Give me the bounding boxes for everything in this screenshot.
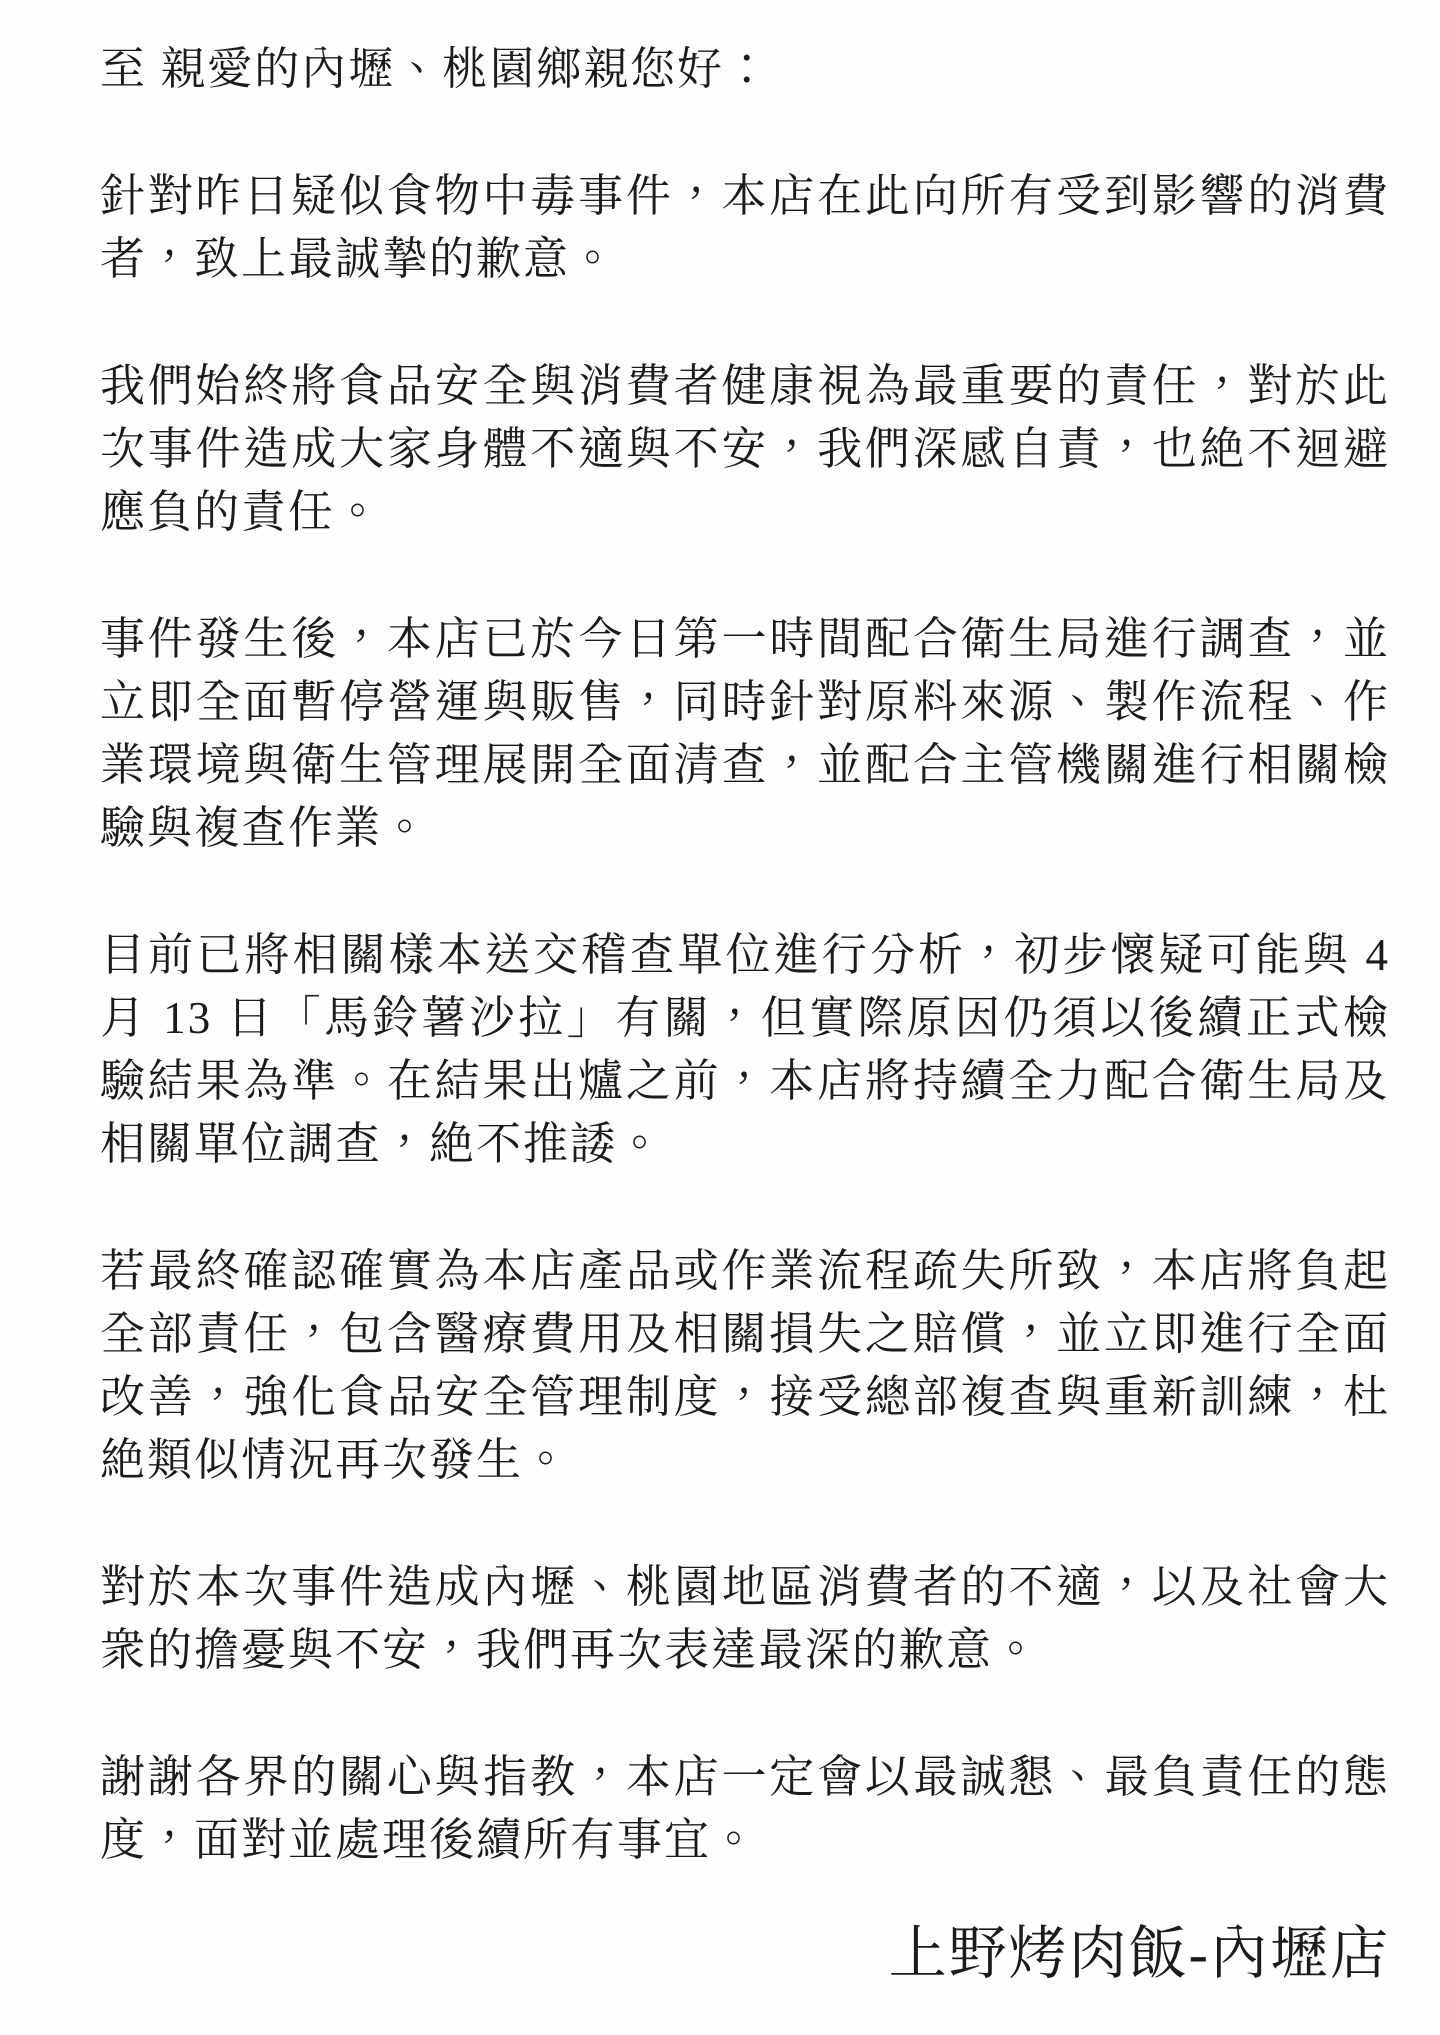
paragraph-closing-thanks: 謝謝各界的關心與指教，本店一定會以最誠懇、最負責任的態度，面對並處理後續所有事宜…	[100, 1746, 1390, 1872]
paragraph-renewed-apology: 對於本次事件造成內壢、桃園地區消費者的不適，以及社會大衆的擔憂與不安，我們再次表…	[100, 1556, 1390, 1682]
paragraph-compensation-commitment: 若最終確認確實為本店產品或作業流程疏失所致，本店將負起全部責任，包含醫療費用及相…	[100, 1240, 1390, 1492]
paragraph-immediate-actions: 事件發生後，本店已於今日第一時間配合衛生局進行調查，並立即全面暫停營運與販售，同…	[100, 608, 1390, 860]
paragraph-apology-intro: 針對昨日疑似食物中毒事件，本店在此向所有受到影響的消費者，致上最誠摯的歉意。	[100, 165, 1390, 291]
paragraph-responsibility-statement: 我們始終將食品安全與消費者健康視為最重要的責任，對於此次事件造成大家身體不適與不…	[100, 355, 1390, 544]
apology-letter-page: 至 親愛的內壢、桃園鄉親您好： 針對昨日疑似食物中毒事件，本店在此向所有受到影響…	[0, 0, 1440, 2035]
greeting-line: 至 親愛的內壢、桃園鄉親您好：	[100, 38, 1390, 101]
signature-store-name: 上野烤肉飯-內壢店	[100, 1914, 1390, 1994]
paragraph-sample-investigation: 目前已將相關樣本送交稽查單位進行分析，初步懷疑可能與 4 月 13 日「馬鈴薯沙…	[100, 924, 1390, 1176]
